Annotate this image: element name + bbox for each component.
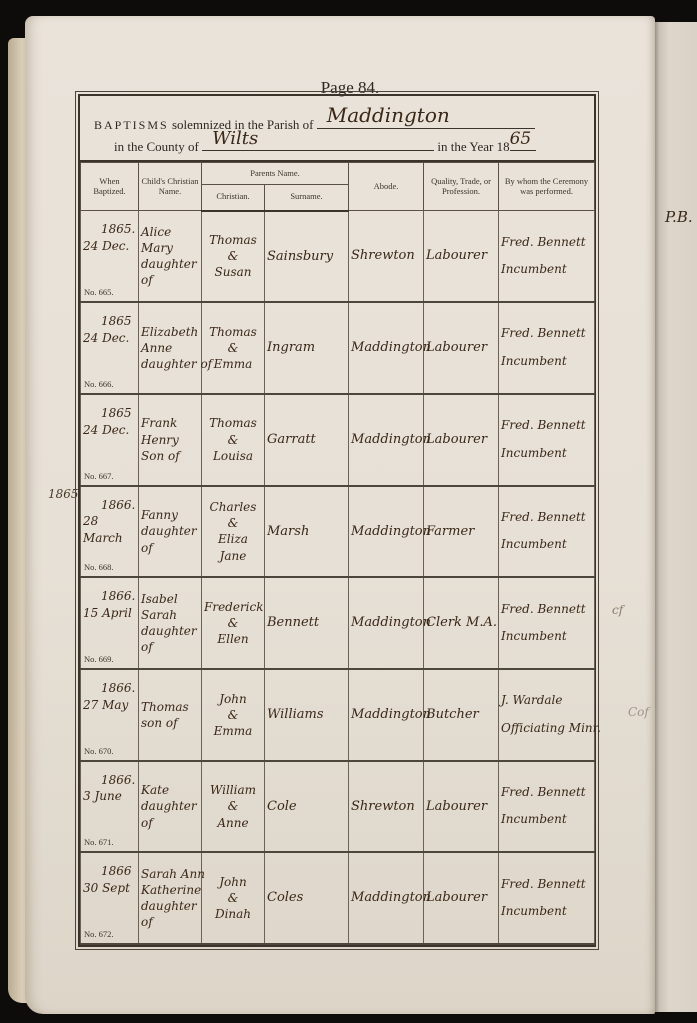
year-text: in the Year 18 bbox=[437, 139, 509, 154]
child-line: Elizabeth bbox=[141, 324, 199, 340]
entry-number: No. 669. bbox=[84, 654, 114, 664]
parents-line: Susan bbox=[204, 264, 262, 280]
surname-cell: Williams bbox=[265, 669, 349, 761]
when-baptized-cell: 1866.3 JuneNo. 671. bbox=[81, 761, 139, 853]
child-name-cell: Sarah AnnKatherinedaughterof bbox=[139, 852, 202, 944]
baptism-year: 1865. bbox=[83, 221, 135, 238]
parish-field: Maddington bbox=[317, 114, 535, 129]
baptism-date: 24 Dec. bbox=[83, 330, 132, 347]
quality-cell: Clerk M.A. bbox=[424, 577, 499, 669]
officiant-line: Incumbent bbox=[501, 440, 592, 468]
year-field: 65 bbox=[510, 136, 536, 151]
officiant-line: Fred. Bennett bbox=[501, 596, 592, 624]
officiant-line: Fred. Bennett bbox=[501, 412, 592, 440]
table-row: 186524 Dec.No. 666.ElizabethAnnedaughter… bbox=[81, 302, 595, 394]
quality-cell: Labourer bbox=[424, 302, 499, 394]
col-header-by-whom: By whom the Ceremony was performed. bbox=[499, 163, 595, 211]
parish-value: Maddington bbox=[327, 103, 450, 127]
parents-line: & bbox=[204, 890, 262, 906]
parents-line: Frederick bbox=[204, 599, 262, 615]
gutter-note: P.B. bbox=[665, 208, 693, 226]
abode-cell: Maddington bbox=[349, 302, 424, 394]
child-name-cell: Thomasson of bbox=[139, 669, 202, 761]
parents-christian-cell: John&Dinah bbox=[202, 852, 265, 944]
child-line: of bbox=[141, 639, 199, 655]
child-name-cell: AliceMarydaughterof bbox=[139, 211, 202, 303]
quality-cell: Labourer bbox=[424, 852, 499, 944]
parents-line: Emma bbox=[204, 356, 262, 372]
surname-cell: Cole bbox=[265, 761, 349, 853]
child-line: Katherine bbox=[141, 882, 199, 898]
baptism-date: 28 March bbox=[83, 513, 138, 547]
child-name-cell: Katedaughterof bbox=[139, 761, 202, 853]
quality-cell: Farmer bbox=[424, 486, 499, 578]
child-line: Sarah bbox=[141, 607, 199, 623]
child-line: Isabel bbox=[141, 591, 199, 607]
officiant-line: Incumbent bbox=[501, 623, 592, 651]
officiant-line: Incumbent bbox=[501, 256, 592, 284]
child-name-cell: IsabelSarahdaughterof bbox=[139, 577, 202, 669]
col-header-parents-surname: Surname. bbox=[265, 185, 349, 211]
when-baptized-cell: 1866.28 MarchNo. 668. bbox=[81, 486, 139, 578]
parents-line: John bbox=[204, 874, 262, 890]
baptism-date: 30 Sept bbox=[83, 880, 132, 897]
parents-line: & bbox=[204, 615, 262, 631]
county-field: Wilts bbox=[202, 136, 434, 151]
parents-christian-cell: Charles&ElizaJane bbox=[202, 486, 265, 578]
register-heading: BAPTISMS solemnized in the Parish of Mad… bbox=[80, 96, 594, 162]
officiant-line: J. Wardale bbox=[501, 687, 592, 715]
parents-line: & bbox=[204, 340, 262, 356]
entry-number: No. 665. bbox=[84, 287, 114, 297]
county-text: in the County of bbox=[114, 139, 199, 154]
parents-line: & bbox=[204, 515, 262, 531]
col-header-child: Child's Christian Name. bbox=[139, 163, 202, 211]
baptism-year: 1865 bbox=[83, 313, 132, 330]
abode-cell: Shrewton bbox=[349, 211, 424, 303]
parents-line: & bbox=[204, 707, 262, 723]
quality-cell: Butcher bbox=[424, 669, 499, 761]
officiant-line: Incumbent bbox=[501, 348, 592, 376]
abode-cell: Maddington bbox=[349, 852, 424, 944]
surname-cell: Sainsbury bbox=[265, 211, 349, 303]
col-header-abode: Abode. bbox=[349, 163, 424, 211]
abode-cell: Maddington bbox=[349, 669, 424, 761]
surname-cell: Bennett bbox=[265, 577, 349, 669]
baptism-year: 1866. bbox=[83, 497, 138, 514]
table-row: 1866.15 AprilNo. 669.IsabelSarahdaughter… bbox=[81, 577, 595, 669]
officiant-line: Fred. Bennett bbox=[501, 871, 592, 899]
quality-cell: Labourer bbox=[424, 761, 499, 853]
child-line: daughter bbox=[141, 798, 199, 814]
entry-number: No. 667. bbox=[84, 471, 114, 481]
parents-line: Dinah bbox=[204, 906, 262, 922]
table-row: 186524 Dec.No. 667.FrankHenrySon ofThoma… bbox=[81, 394, 595, 486]
register-table: When Baptized. Child's Christian Name. P… bbox=[80, 162, 595, 945]
baptism-date: 15 April bbox=[83, 605, 135, 622]
child-line: son of bbox=[141, 715, 199, 731]
abode-cell: Maddington bbox=[349, 486, 424, 578]
child-line: Henry bbox=[141, 432, 199, 448]
left-margin-note: 1865 bbox=[48, 487, 79, 501]
baptism-year: 1865 bbox=[83, 405, 132, 422]
parents-line: Emma bbox=[204, 723, 262, 739]
quality-cell: Labourer bbox=[424, 394, 499, 486]
child-line: Anne bbox=[141, 340, 199, 356]
officiant-line: Officiating Minr. bbox=[501, 715, 592, 743]
col-header-parents: Parents Name. bbox=[202, 163, 349, 185]
entry-number: No. 668. bbox=[84, 562, 114, 572]
when-baptized-cell: 186630 SeptNo. 672. bbox=[81, 852, 139, 944]
when-baptized-cell: 1866.15 AprilNo. 669. bbox=[81, 577, 139, 669]
officiant-cell: Fred. BennettIncumbent bbox=[499, 302, 595, 394]
baptism-date: 24 Dec. bbox=[83, 238, 135, 255]
table-row: 1865.24 Dec.No. 665.AliceMarydaughterofT… bbox=[81, 211, 595, 303]
child-line: Fanny bbox=[141, 507, 199, 523]
officiant-cell: Fred. BennettIncumbent bbox=[499, 852, 595, 944]
child-line: Frank bbox=[141, 415, 199, 431]
table-row: 1866.3 JuneNo. 671.KatedaughterofWilliam… bbox=[81, 761, 595, 853]
officiant-line: Fred. Bennett bbox=[501, 320, 592, 348]
right-margin-note: Cof bbox=[628, 705, 649, 719]
parents-christian-cell: Thomas&Susan bbox=[202, 211, 265, 303]
parents-line: & bbox=[204, 248, 262, 264]
surname-cell: Garratt bbox=[265, 394, 349, 486]
child-line: Alice bbox=[141, 224, 199, 240]
child-line: daughter bbox=[141, 523, 199, 539]
officiant-line: Incumbent bbox=[501, 898, 592, 926]
parents-line: Jane bbox=[204, 548, 262, 564]
entry-number: No. 670. bbox=[84, 746, 114, 756]
baptism-register: BAPTISMS solemnized in the Parish of Mad… bbox=[78, 94, 596, 947]
child-line: daughter bbox=[141, 898, 199, 914]
child-line: of bbox=[141, 272, 199, 288]
parents-christian-cell: John&Emma bbox=[202, 669, 265, 761]
col-header-when: When Baptized. bbox=[81, 163, 139, 211]
child-line: daughter bbox=[141, 256, 199, 272]
officiant-line: Incumbent bbox=[501, 806, 592, 834]
col-header-quality: Quality, Trade, or Profession. bbox=[424, 163, 499, 211]
child-line: of bbox=[141, 914, 199, 930]
col-header-parents-christian: Christian. bbox=[202, 185, 265, 211]
officiant-line: Incumbent bbox=[501, 531, 592, 559]
baptism-date: 3 June bbox=[83, 788, 135, 805]
child-line: daughter of bbox=[141, 356, 199, 372]
officiant-cell: Fred. BennettIncumbent bbox=[499, 211, 595, 303]
when-baptized-cell: 1865.24 Dec.No. 665. bbox=[81, 211, 139, 303]
table-row: 186630 SeptNo. 672.Sarah AnnKatherinedau… bbox=[81, 852, 595, 944]
child-line: Mary bbox=[141, 240, 199, 256]
baptism-date: 24 Dec. bbox=[83, 422, 132, 439]
child-name-cell: ElizabethAnnedaughter of bbox=[139, 302, 202, 394]
parents-line: William bbox=[204, 782, 262, 798]
surname-cell: Coles bbox=[265, 852, 349, 944]
parents-line: Ellen bbox=[204, 631, 262, 647]
baptism-year: 1866. bbox=[83, 772, 135, 789]
parents-christian-cell: Frederick&Ellen bbox=[202, 577, 265, 669]
child-line: of bbox=[141, 815, 199, 831]
parents-line: Thomas bbox=[204, 415, 262, 431]
facing-page bbox=[651, 22, 697, 1012]
parents-line: Louisa bbox=[204, 448, 262, 464]
parents-line: Eliza bbox=[204, 531, 262, 547]
year-value: 65 bbox=[510, 129, 532, 149]
abode-cell: Maddington bbox=[349, 577, 424, 669]
parents-line: Thomas bbox=[204, 324, 262, 340]
officiant-cell: Fred. BennettIncumbent bbox=[499, 761, 595, 853]
officiant-line: Fred. Bennett bbox=[501, 229, 592, 257]
child-line: Son of bbox=[141, 448, 199, 464]
when-baptized-cell: 186524 Dec.No. 666. bbox=[81, 302, 139, 394]
when-baptized-cell: 1866.27 MayNo. 670. bbox=[81, 669, 139, 761]
parents-christian-cell: Thomas&Emma bbox=[202, 302, 265, 394]
child-line: Sarah Ann bbox=[141, 866, 199, 882]
officiant-line: Fred. Bennett bbox=[501, 504, 592, 532]
parents-line: Charles bbox=[204, 499, 262, 515]
baptism-year: 1866. bbox=[83, 680, 135, 697]
entry-number: No. 672. bbox=[84, 929, 114, 939]
when-baptized-cell: 186524 Dec.No. 667. bbox=[81, 394, 139, 486]
child-line: daughter bbox=[141, 623, 199, 639]
surname-cell: Marsh bbox=[265, 486, 349, 578]
child-name-cell: FrankHenrySon of bbox=[139, 394, 202, 486]
officiant-cell: Fred. BennettIncumbent bbox=[499, 577, 595, 669]
abode-cell: Maddington bbox=[349, 394, 424, 486]
child-line: Thomas bbox=[141, 699, 199, 715]
baptism-date: 27 May bbox=[83, 697, 135, 714]
right-margin-note: cf bbox=[612, 603, 623, 617]
county-value: Wilts bbox=[212, 128, 258, 149]
entry-number: No. 666. bbox=[84, 379, 114, 389]
table-row: 1866.28 MarchNo. 668.FannydaughterofChar… bbox=[81, 486, 595, 578]
parents-christian-cell: William&Anne bbox=[202, 761, 265, 853]
officiant-cell: Fred. BennettIncumbent bbox=[499, 394, 595, 486]
parents-line: & bbox=[204, 432, 262, 448]
abode-cell: Shrewton bbox=[349, 761, 424, 853]
parents-line: John bbox=[204, 691, 262, 707]
child-name-cell: Fannydaughterof bbox=[139, 486, 202, 578]
child-line: Kate bbox=[141, 782, 199, 798]
entry-number: No. 671. bbox=[84, 837, 114, 847]
surname-cell: Ingram bbox=[265, 302, 349, 394]
quality-cell: Labourer bbox=[424, 211, 499, 303]
baptism-year: 1866 bbox=[83, 863, 132, 880]
child-line: of bbox=[141, 540, 199, 556]
baptism-year: 1866. bbox=[83, 588, 135, 605]
officiant-cell: Fred. BennettIncumbent bbox=[499, 486, 595, 578]
table-row: 1866.27 MayNo. 670.Thomasson ofJohn&Emma… bbox=[81, 669, 595, 761]
parents-christian-cell: Thomas&Louisa bbox=[202, 394, 265, 486]
parents-line: Anne bbox=[204, 815, 262, 831]
parents-line: Thomas bbox=[204, 232, 262, 248]
officiant-line: Fred. Bennett bbox=[501, 779, 592, 807]
officiant-cell: J. WardaleOfficiating Minr. bbox=[499, 669, 595, 761]
parents-line: & bbox=[204, 798, 262, 814]
baptisms-label: BAPTISMS bbox=[94, 118, 169, 132]
